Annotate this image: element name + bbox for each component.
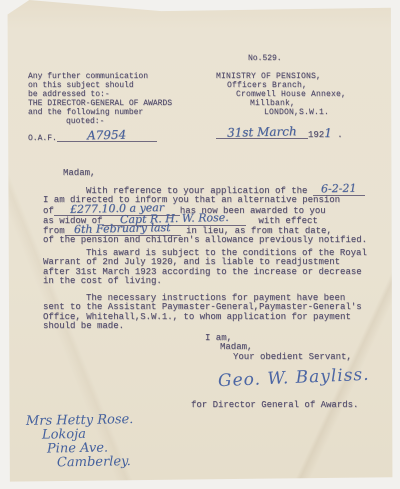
file-reference-label: O.A.F. [28,134,57,143]
sign-for-line: for Director General of Awards. [191,401,358,410]
notice-line: on this subject should [28,81,172,90]
p1-text: of the pension and children's allowance … [43,236,383,245]
sender-address-line: Cromwell House Annexe, [216,90,346,99]
sender-address: MINISTRY OF PENSIONS, Officers Branch, C… [216,72,346,117]
correspondence-notice: Any further communication on this subjec… [28,72,172,126]
date-period: . [337,130,342,140]
date-typed-year: 192 [308,130,324,140]
sender-address-line: MINISTRY OF PENSIONS, [216,72,346,81]
paragraph-award: With reference to your application of th… [43,186,383,246]
recipient-address-handwritten: Mrs Hetty Rose. Lokoja Pine Ave. Camberl… [26,414,133,470]
letter-date: 31st March1921 . [216,129,343,140]
p3-text: should be made. [43,322,383,331]
file-reference-number-handwritten: A7954 [87,131,126,140]
closing-line: Your obedient Servant, [205,353,352,362]
letter-paper: No.529. Any further communication on thi… [6,0,394,484]
notice-line: quoted:- [28,117,172,126]
notice-line: and the following number [28,108,172,117]
date-day-month-handwritten: 31st March [227,127,297,136]
notice-line: be addressed to:- [28,90,172,99]
application-date-handwritten: 6-2-21 [321,185,357,194]
date-year-digit-handwritten: 1 [324,126,332,140]
file-reference: O.A.F.A7954 [28,132,157,143]
signature-handwritten: Geo. W. Bayliss. [218,365,370,392]
notice-line: THE DIRECTOR-GENERAL OF AWARDS [28,99,172,108]
notice-line: Any further communication [28,72,172,81]
sender-address-line: Millbank, [216,99,346,108]
paragraph-payment-instructions: The necessary instructions for payment h… [43,294,383,331]
p1-text: with effect [258,216,317,226]
sender-address-line: LONDON,S.W.1. [216,108,346,117]
reference-number: No.529. [248,54,282,63]
effective-date-handwritten: 6th February last [74,224,171,234]
recipient-line: Camberley. [26,455,134,471]
p2-text: in the cost of living. [43,277,383,286]
paragraph-royal-warrant: This award is subject to the conditions … [43,249,383,286]
p1-text: of [43,206,54,216]
sender-address-line: Officers Branch, [216,81,346,90]
closing: I am, Madam, Your obedient Servant, [205,334,352,362]
salutation: Madam, [63,169,95,178]
